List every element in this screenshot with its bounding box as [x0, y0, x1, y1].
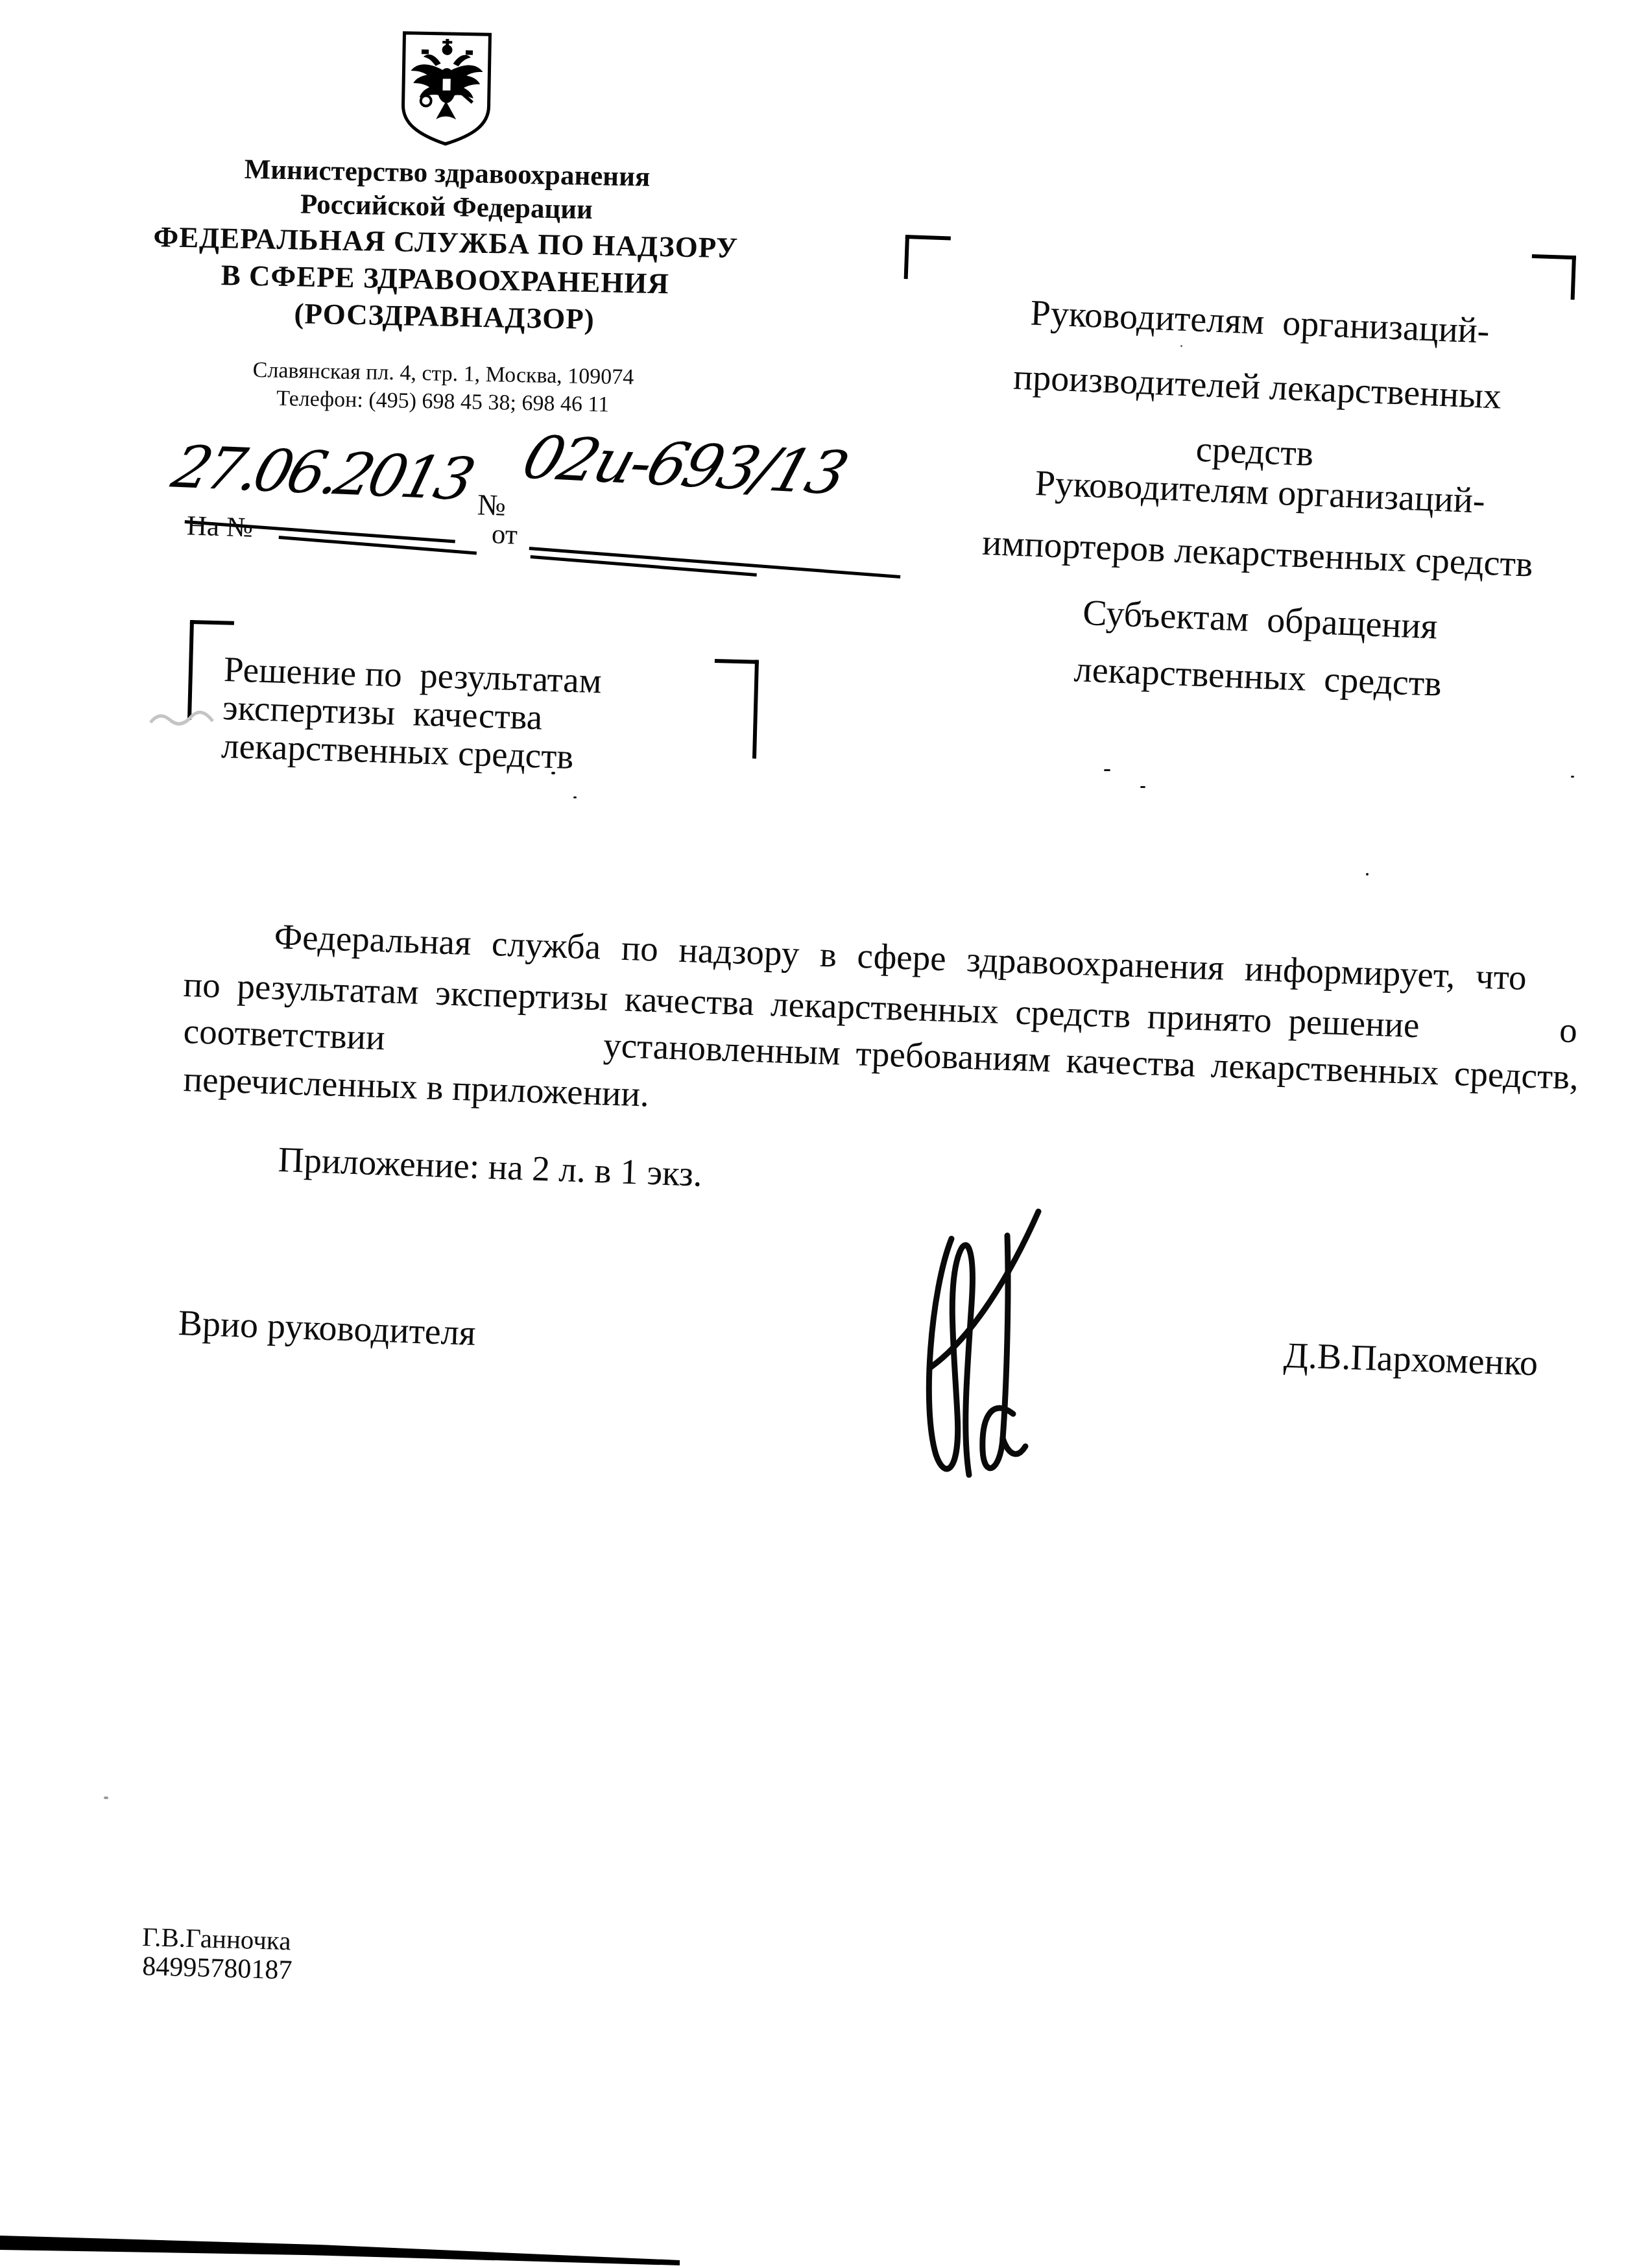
- body-line3-first-word: соответствии: [183, 1010, 386, 1058]
- subject-block: Решение по результатам экспертизы качест…: [221, 650, 602, 776]
- recipient-block-importers: Руководителям организаций- импортеров ле…: [935, 449, 1582, 598]
- outgoing-number-handwritten: 02и-693/13: [515, 423, 854, 508]
- letterhead: Министерство здравоохранения Российской …: [112, 150, 778, 422]
- signer-position: Врио руководителя: [178, 1302, 477, 1354]
- reply-number-underline: [279, 536, 477, 555]
- executor-phone: 84995780187: [142, 1951, 293, 1986]
- scan-speck: [1366, 873, 1369, 876]
- scan-speck: [1104, 769, 1110, 771]
- reply-from-label: от: [491, 518, 518, 551]
- scan-speck: [573, 796, 577, 798]
- body-line2-end: о: [1559, 1009, 1578, 1051]
- attachment-note: Приложение: на 2 л. в 1 экз.: [278, 1139, 703, 1195]
- body-paragraph-line4: перечисленных в приложении.: [183, 1058, 650, 1115]
- handwritten-signature-icon: [911, 1200, 1047, 1479]
- corner-mark-recipient-left-icon: [904, 235, 951, 280]
- recipient-block-circulation-subjects: Субъектам обращения лекарственных средст…: [955, 579, 1562, 717]
- outgoing-date-handwritten: 27.06.2013: [165, 433, 478, 514]
- double-headed-eagle-icon: [396, 28, 496, 150]
- scan-speck: [551, 772, 555, 774]
- scan-speck: [1140, 786, 1145, 788]
- scan-speck: [1180, 345, 1182, 347]
- scanned-letter-page: Министерство здравоохранения Российской …: [0, 0, 1639, 2268]
- coat-of-arms-emblem: [396, 28, 496, 150]
- scanner-edge-artifact-icon: [0, 2228, 713, 2268]
- number-sign-label: №: [477, 487, 507, 522]
- corner-mark-subject-right-icon: [712, 659, 759, 759]
- corner-mark-recipient-right-icon: [1531, 254, 1576, 300]
- scan-speck: [104, 1796, 108, 1799]
- pencil-smudge: [148, 706, 219, 735]
- signer-name: Д.В.Пархоменко: [1283, 1335, 1538, 1384]
- reply-to-number-label: На №: [186, 510, 254, 544]
- scan-speck: [1571, 776, 1574, 778]
